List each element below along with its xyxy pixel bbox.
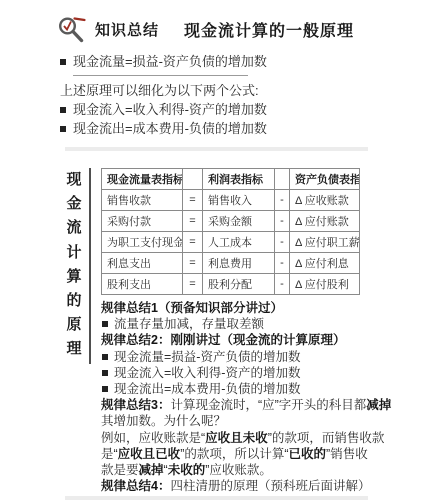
- table-row: 利息支出 = 利息费用 - Δ 应付利息: [102, 253, 360, 274]
- magnifier-check-icon: [57, 14, 87, 44]
- example-bold-term: 未收的: [168, 463, 206, 477]
- side-label-column: 现金流计算的原理: [66, 168, 91, 364]
- cell-income-item: 销售收入: [203, 190, 275, 211]
- example-text: 款是要: [101, 463, 139, 477]
- example-text: ”应收账款。: [205, 463, 272, 477]
- col-header-income-statement: 利润表指标: [203, 169, 275, 190]
- rule4-text: 四柱清册的原理（预科班后面讲解）: [170, 479, 370, 493]
- example-bold-term: 已收的: [289, 447, 327, 461]
- cashflow-mapping-table: 现金流量表指标 利润表指标 资产负债表指标 销售收款 = 销售收入 - Δ 应收…: [101, 168, 360, 295]
- bullet-square-icon: [102, 354, 108, 360]
- cell-equals: =: [183, 253, 203, 274]
- cell-equals: =: [183, 274, 203, 295]
- bullet-square-icon: [102, 370, 108, 376]
- formula-inflow-text: 现金流入=收入利得-资产的增加数: [73, 101, 267, 118]
- cell-cashflow-item: 为职工支付现金: [102, 232, 183, 253]
- rule2-bullet: 现金流出=成本费用-负债的增加数: [101, 381, 376, 397]
- table-row: 股利支出 = 股利分配 - Δ 应付股利: [102, 274, 360, 295]
- rule1-bullet-text: 流量存量加减，存量取差额: [114, 317, 264, 331]
- rule1-bullet: 流量存量加减，存量取差额: [101, 316, 376, 332]
- example-bold-term: 应收且已收: [118, 447, 181, 461]
- cell-income-item: 股利分配: [203, 274, 275, 295]
- rule3-line1: 规律总结3：计算现金流时，“应”字开头的科目都减掉: [101, 397, 376, 413]
- rule3-text: 计算现金流时，“应”字开头的科目都: [170, 398, 366, 412]
- example-line1: 例如，应收账款是“应收且未收”的款项，而销售收款: [101, 430, 376, 446]
- bullet-square-icon: [60, 107, 66, 113]
- rule2-bullet-text: 现金流入=收入利得-资产的增加数: [114, 366, 300, 380]
- cell-balance-item: Δ 应付职工薪酬: [290, 232, 360, 253]
- example-text: ”的款项，所以计算“: [180, 447, 288, 461]
- formula-cashflow-text: 现金流量=损益-资产负债的增加数: [73, 53, 267, 70]
- cell-balance-item: Δ 应收账款: [290, 190, 360, 211]
- cell-minus: -: [275, 253, 290, 274]
- table-header-row: 现金流量表指标 利润表指标 资产负债表指标: [102, 169, 360, 190]
- cell-minus: -: [275, 190, 290, 211]
- rule2-title: 规律总结2：刚刚讲过（现金流的计算原理）: [101, 332, 376, 348]
- rule1-title: 规律总结1（预备知识部分讲过）: [101, 300, 376, 316]
- cell-income-item: 人工成本: [203, 232, 275, 253]
- section-badge: 知识总结: [95, 19, 159, 40]
- example-bold-term: 减掉: [139, 463, 164, 477]
- knowledge-summary-page: 知识总结 现金流计算的一般原理 现金流量=损益-资产负债的增加数 上述原理可以细…: [0, 0, 430, 500]
- example-text: 例如，应收账款是“: [101, 431, 205, 445]
- cell-income-item: 采购金额: [203, 211, 275, 232]
- formula-inflow: 现金流入=收入利得-资产的增加数: [60, 101, 430, 118]
- intro-divider: [73, 75, 248, 76]
- cell-equals: =: [183, 190, 203, 211]
- cell-minus: -: [275, 211, 290, 232]
- cell-equals: =: [183, 211, 203, 232]
- page-title: 现金流计算的一般原理: [184, 18, 354, 41]
- col-header-cashflow-statement: 现金流量表指标: [102, 169, 183, 190]
- example-text: ”销售收: [326, 447, 368, 461]
- example-text: 是“: [101, 447, 118, 461]
- main-section: 现金流计算的原理 现金流量表指标 利润表指标 资产负债表指标: [66, 168, 430, 494]
- cell-minus: -: [275, 274, 290, 295]
- table-row: 销售收款 = 销售收入 - Δ 应收账款: [102, 190, 360, 211]
- formula-outflow: 现金流出=成本费用-负债的增加数: [60, 120, 430, 137]
- rule2-bullet-text: 现金流量=损益-资产负债的增加数: [114, 350, 300, 364]
- intro-block: 现金流量=损益-资产负债的增加数 上述原理可以细化为以下两个公式: 现金流入=收…: [60, 53, 430, 137]
- example-line3: 款是要减掉“未收的”应收账款。: [101, 462, 376, 478]
- rule2-bullet-text: 现金流出=成本费用-负债的增加数: [114, 382, 300, 396]
- formula-outflow-text: 现金流出=成本费用-负债的增加数: [73, 120, 267, 137]
- example-text: ”的款项，而销售收款: [268, 431, 385, 445]
- cell-cashflow-item: 采购付款: [102, 211, 183, 232]
- page-header: 知识总结 现金流计算的一般原理: [57, 13, 430, 45]
- section-separator-top: [65, 147, 368, 151]
- example-line2: 是“应收且已收”的款项，所以计算“已收的”销售收: [101, 446, 376, 462]
- cell-cashflow-item: 股利支出: [102, 274, 183, 295]
- rule2-bullet: 现金流入=收入利得-资产的增加数: [101, 365, 376, 381]
- col-header-minus-spacer: [275, 169, 290, 190]
- rule3-label: 规律总结3：: [101, 398, 170, 412]
- rules-block: 规律总结1（预备知识部分讲过） 流量存量加减，存量取差额 规律总结2：刚刚讲过（…: [101, 300, 376, 494]
- bullet-square-icon: [60, 126, 66, 132]
- table-row: 采购付款 = 采购金额 - Δ 应付账款: [102, 211, 360, 232]
- cell-income-item: 利息费用: [203, 253, 275, 274]
- formula-cashflow: 现金流量=损益-资产负债的增加数: [60, 53, 430, 70]
- bullet-square-icon: [60, 59, 66, 65]
- bullet-square-icon: [102, 386, 108, 392]
- rule3-bold-term: 减掉: [366, 398, 391, 412]
- rule4-label: 规律总结4：: [101, 479, 170, 493]
- table-row: 为职工支付现金 = 人工成本 - Δ 应付职工薪酬: [102, 232, 360, 253]
- main-content: 现金流量表指标 利润表指标 资产负债表指标 销售收款 = 销售收入 - Δ 应收…: [101, 168, 376, 494]
- cell-minus: -: [275, 232, 290, 253]
- col-header-equals-spacer: [183, 169, 203, 190]
- cell-cashflow-item: 销售收款: [102, 190, 183, 211]
- cell-cashflow-item: 利息支出: [102, 253, 183, 274]
- rule3-line2: 其增加数。为什么呢？: [101, 413, 376, 429]
- side-vertical-label: 现金流计算的原理: [66, 168, 82, 362]
- cell-balance-item: Δ 应付账款: [290, 211, 360, 232]
- example-bold-term: 应收且未收: [205, 431, 268, 445]
- rule4-line: 规律总结4：四柱清册的原理（预科班后面讲解）: [101, 478, 376, 494]
- section-separator-bottom: [65, 496, 368, 500]
- cell-balance-item: Δ 应付股利: [290, 274, 360, 295]
- cell-equals: =: [183, 232, 203, 253]
- bullet-square-icon: [102, 321, 108, 327]
- cell-balance-item: Δ 应付利息: [290, 253, 360, 274]
- intro-lead-text: 上述原理可以细化为以下两个公式:: [60, 82, 430, 99]
- col-header-balance-sheet: 资产负债表指标: [290, 169, 360, 190]
- rule2-bullet: 现金流量=损益-资产负债的增加数: [101, 349, 376, 365]
